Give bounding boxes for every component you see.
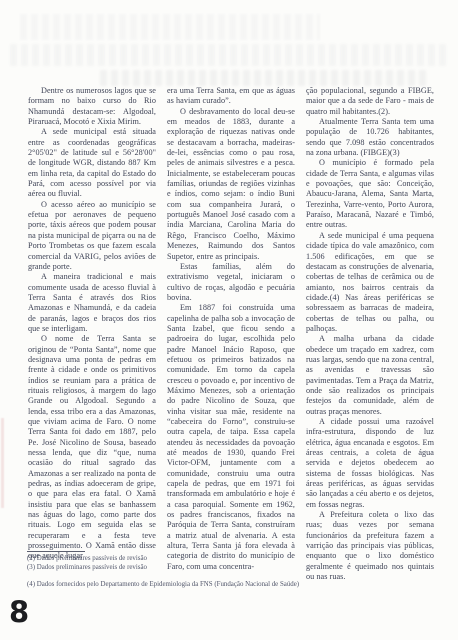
footnote: (2) Dados preliminares passíveis de revi…	[27, 555, 427, 564]
paragraph: Em 1887 foi construída uma capelinha de …	[167, 303, 295, 572]
footnotes: (2) Dados preliminares passíveis de revi…	[27, 555, 427, 589]
paragraph: ção populacional, segundo a FIBGE, maior…	[306, 86, 434, 117]
footnote-group-b: (4) Dados fornecidos pelo Departamento d…	[27, 581, 427, 590]
footnote-separator-rule	[27, 551, 85, 552]
text-columns: Dentre os numerosos lagos que se formam …	[28, 86, 432, 548]
paragraph: O nome de Terra Santa se originou de “Po…	[28, 334, 156, 562]
paragraph: A maneira tradicional e mais comumente u…	[28, 272, 156, 334]
footnote-group-a: (2) Dados preliminares passíveis de revi…	[27, 555, 427, 573]
paragraph: era uma Terra Santa, em que as águas as …	[167, 86, 295, 107]
footnote: (3) Dados preliminares passíveis de revi…	[27, 564, 427, 573]
paragraph: Estas famílias, além do extrativismo veg…	[167, 262, 295, 303]
paragraph: O acesso aéreo ao município se efetua po…	[28, 200, 156, 272]
scan-edge-artifact	[1, 418, 4, 508]
scanned-document-page: Dentre os numerosos lagos que se formam …	[0, 0, 458, 640]
paragraph: Dentre os numerosos lagos que se formam …	[28, 86, 156, 127]
paragraph: Atualmente Terra Santa tem uma população…	[306, 117, 434, 158]
paragraph: O município é formado pela cidade de Ter…	[306, 158, 434, 230]
text-column-right: ção populacional, segundo a FIBGE, maior…	[306, 86, 434, 548]
paragraph: A cidade possui uma razoável infra-estru…	[306, 417, 434, 510]
page-number: 8	[9, 596, 28, 628]
paragraph: A sede municipal está situada entre as c…	[28, 127, 156, 199]
text-column-left: Dentre os numerosos lagos que se formam …	[28, 86, 156, 548]
scan-bleedthrough-artifact	[10, 44, 450, 66]
scan-bleedthrough-artifact	[20, 14, 320, 40]
paragraph: A sede municipal é uma pequena cidade tí…	[306, 231, 434, 334]
footnote: (4) Dados fornecidos pelo Departamento d…	[27, 581, 427, 590]
scan-bleedthrough-artifact	[100, 70, 430, 86]
paragraph: A malha urbana da cidade obedece um traç…	[306, 334, 434, 417]
paragraph: O desbravamento do local deu-se em meado…	[167, 107, 295, 262]
text-column-middle: era uma Terra Santa, em que as águas as …	[167, 86, 295, 548]
